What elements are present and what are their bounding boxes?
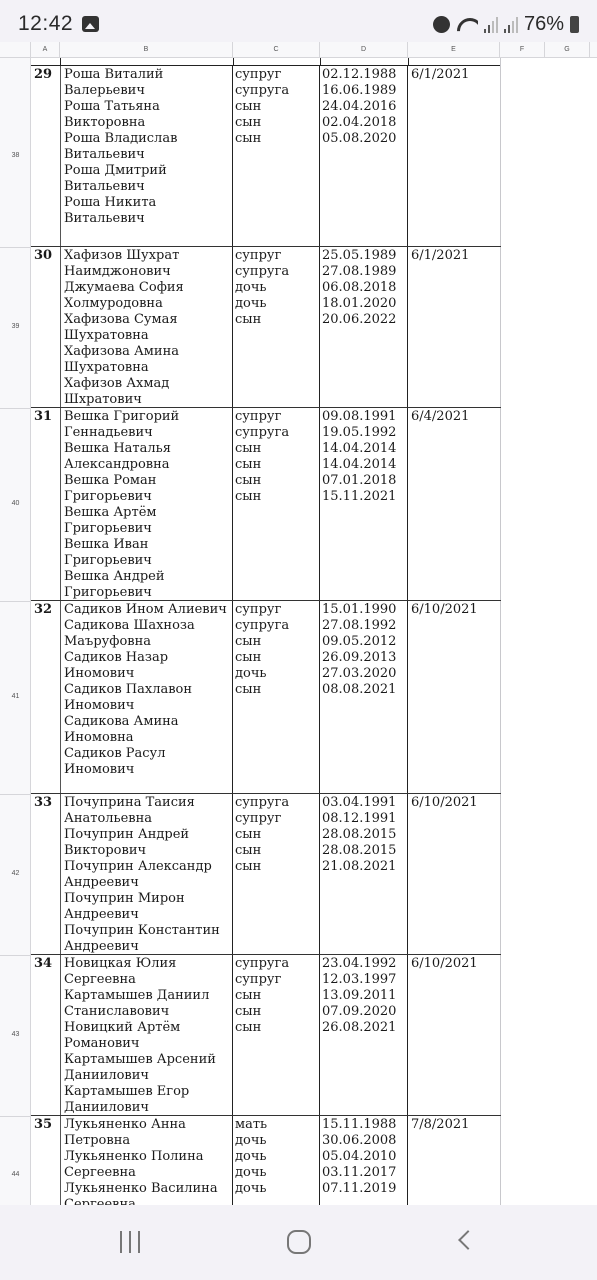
cell-number[interactable]: 30 xyxy=(31,247,60,407)
cell-birthdates[interactable]: 09.08.199119.05.199214.04.201414.04.2014… xyxy=(320,408,408,600)
row-number[interactable]: 44 xyxy=(0,1171,31,1178)
table-row[interactable]: 31Вешка ГригорийГеннадьевичВешка Наталья… xyxy=(31,408,501,601)
birthdate-text: 12.03.1997 xyxy=(322,972,407,988)
person-name-line: Вешка Роман xyxy=(64,473,232,489)
row-number[interactable]: 38 xyxy=(0,152,31,159)
cell-names[interactable]: Почуприна ТаисияАнатольевнаПочуприн Андр… xyxy=(60,794,233,954)
row-number[interactable]: 43 xyxy=(0,1031,31,1038)
signal-icon xyxy=(504,17,518,33)
birthdate-text: 16.06.1989 xyxy=(322,83,407,99)
table-row[interactable]: 33Почуприна ТаисияАнатольевнаПочуприн Ан… xyxy=(31,794,501,955)
birthdate-text: 27.03.2020 xyxy=(322,666,407,682)
birthdate-text: 25.05.1989 xyxy=(322,248,407,264)
person-name-line: Почуприн Александр xyxy=(64,859,232,875)
birthdate-text: 27.08.1992 xyxy=(322,618,407,634)
cell-date[interactable]: 6/10/2021 xyxy=(408,794,501,954)
relation-text: сын xyxy=(235,473,319,489)
person-name-line: Иномович xyxy=(64,666,232,682)
person-name-line: Роша Татьяна xyxy=(64,99,232,115)
relation-text: сын xyxy=(235,859,319,875)
person-name-line: Валерьевич xyxy=(64,83,232,99)
relation-text: супруг xyxy=(235,972,319,988)
relation-text: супруга xyxy=(235,618,319,634)
column-header-a[interactable]: A xyxy=(31,42,60,58)
birthdate-text: 28.08.2015 xyxy=(322,827,407,843)
person-name-line: Андреевич xyxy=(64,939,232,955)
person-name-line: Вешка Иван xyxy=(64,537,232,553)
gallery-icon xyxy=(82,16,99,32)
birthdate-text: 20.06.2022 xyxy=(322,312,407,328)
record-number: 32 xyxy=(34,602,60,618)
cell-relations[interactable]: супругсупругадочьдочьсын xyxy=(233,247,320,407)
relation-text: сын xyxy=(235,843,319,859)
cell-names[interactable]: Вешка ГригорийГеннадьевичВешка НатальяАл… xyxy=(60,408,233,600)
birthdate-text: 28.08.2015 xyxy=(322,843,407,859)
cell-names[interactable]: Роша ВиталийВалерьевичРоша ТатьянаВиктор… xyxy=(60,66,233,246)
record-number: 31 xyxy=(34,409,60,425)
person-name-line: Наимджонович xyxy=(64,264,232,280)
record-number: 34 xyxy=(34,956,60,972)
battery-icon xyxy=(570,16,579,33)
cell-birthdates[interactable]: 23.04.199212.03.199713.09.201107.09.2020… xyxy=(320,955,408,1115)
table-row[interactable]: 30Хафизов ШухратНаимджоновичДжумаева Соф… xyxy=(31,247,501,408)
person-name-line: Садикова Амина xyxy=(64,714,232,730)
person-name-line: Сергеевна xyxy=(64,1197,232,1205)
person-name-line: Викторович xyxy=(64,843,232,859)
back-button[interactable] xyxy=(458,1230,478,1250)
person-name-line: Садиков Ином Алиевич xyxy=(64,602,232,618)
person-name-line: Романович xyxy=(64,1036,232,1052)
relation-text: сын xyxy=(235,115,319,131)
alarm-icon xyxy=(433,16,450,33)
cell-relations[interactable]: супругасупругсынсынсын xyxy=(233,794,320,954)
registration-date: 6/1/2021 xyxy=(411,248,500,264)
cell-names[interactable]: Садиков Ином АлиевичСадикова ШахнозаМаър… xyxy=(60,601,233,793)
relation-text: дочь xyxy=(235,1165,319,1181)
relation-text: сын xyxy=(235,131,319,147)
spreadsheet[interactable]: A B C D E F G 29Роша ВиталийВалерьевичРо… xyxy=(0,42,597,1205)
person-name-line: Почуприн Мирон xyxy=(64,891,232,907)
person-name-line: Иномович xyxy=(64,698,232,714)
person-name-line: Вешка Андрей xyxy=(64,569,232,585)
person-name-line: Роша Никита xyxy=(64,195,232,211)
birthdate-text: 15.11.2021 xyxy=(322,489,407,505)
cell-date[interactable]: 6/1/2021 xyxy=(408,247,501,407)
person-name-line: Григорьевич xyxy=(64,521,232,537)
relation-text: сын xyxy=(235,441,319,457)
person-name-line: Григорьевич xyxy=(64,585,232,601)
person-name-line: Григорьевич xyxy=(64,489,232,505)
birthdate-text: 05.08.2020 xyxy=(322,131,407,147)
column-header-c[interactable]: C xyxy=(233,42,320,58)
relation-text: супруга xyxy=(235,956,319,972)
relation-text: супруг xyxy=(235,248,319,264)
row-number[interactable]: 41 xyxy=(0,693,31,700)
row-divider xyxy=(0,601,31,602)
birthdate-text: 03.04.1991 xyxy=(322,795,407,811)
relation-text: сын xyxy=(235,99,319,115)
relation-text: супруга xyxy=(235,795,319,811)
cell-names[interactable]: Новицкая ЮлияСергеевнаКартамышев ДаниилС… xyxy=(60,955,233,1115)
table-row[interactable]: 35Лукьяненко АннаПетровнаЛукьяненко Поли… xyxy=(31,1116,501,1205)
person-name-line: Витальевич xyxy=(64,211,232,227)
birthdate-text: 26.08.2021 xyxy=(322,1020,407,1036)
person-name-line: Шухратовна xyxy=(64,360,232,376)
person-name-line: Вешка Наталья xyxy=(64,441,232,457)
birthdate-text: 08.08.2021 xyxy=(322,682,407,698)
person-name-line: Роша Виталий xyxy=(64,67,232,83)
relation-text: сын xyxy=(235,489,319,505)
row-number[interactable]: 39 xyxy=(0,323,31,330)
person-name-line: Анатольевна xyxy=(64,811,232,827)
person-name-line: Новицкая Юлия xyxy=(64,956,232,972)
cell-birthdates[interactable]: 15.01.199027.08.199209.05.201226.09.2013… xyxy=(320,601,408,793)
birthdate-text: 13.09.2011 xyxy=(322,988,407,1004)
row-divider xyxy=(0,247,31,248)
birthdate-text: 15.11.1988 xyxy=(322,1117,407,1133)
relation-text: сын xyxy=(235,312,319,328)
person-name-line: Садиков Назар xyxy=(64,650,232,666)
table-row[interactable]: 29Роша ВиталийВалерьевичРоша ТатьянаВикт… xyxy=(31,66,501,247)
record-number: 33 xyxy=(34,795,60,811)
cell-birthdates[interactable]: 03.04.199108.12.199128.08.201528.08.2015… xyxy=(320,794,408,954)
record-number: 35 xyxy=(34,1117,60,1133)
relation-text: супруг xyxy=(235,409,319,425)
birthdate-text: 14.04.2014 xyxy=(322,441,407,457)
birthdate-text: 06.08.2018 xyxy=(322,280,407,296)
row-divider xyxy=(0,794,31,795)
cell-relations[interactable]: матьдочьдочьдочьдочь xyxy=(233,1116,320,1205)
registration-date: 6/1/2021 xyxy=(411,67,500,83)
person-name-line: Викторовна xyxy=(64,115,232,131)
person-name-line: Садиков Пахлавон xyxy=(64,682,232,698)
navigation-bar xyxy=(0,1205,597,1280)
table-row[interactable]: 34Новицкая ЮлияСергеевнаКартамышев Дании… xyxy=(31,955,501,1116)
person-name-line: Роша Владислав xyxy=(64,131,232,147)
birthdate-text: 21.08.2021 xyxy=(322,859,407,875)
person-name-line: Хафизова Сумая xyxy=(64,312,232,328)
registration-date: 6/10/2021 xyxy=(411,795,500,811)
signal-icon xyxy=(484,17,498,33)
clock: 12:42 xyxy=(18,12,73,36)
cell-date[interactable]: 6/10/2021 xyxy=(408,601,501,793)
column-header-g[interactable]: G xyxy=(545,42,590,58)
birthdate-text: 02.04.2018 xyxy=(322,115,407,131)
row-number[interactable]: 40 xyxy=(0,500,31,507)
birthdate-text: 05.04.2010 xyxy=(322,1149,407,1165)
cell-number[interactable]: 32 xyxy=(31,601,60,793)
relation-text: супруга xyxy=(235,264,319,280)
person-name-line: Хафизов Ахмад xyxy=(64,376,232,392)
person-name-line: Новицкий Артём xyxy=(64,1020,232,1036)
birthdate-text: 30.06.2008 xyxy=(322,1133,407,1149)
person-name-line: Сергеевна xyxy=(64,1165,232,1181)
relation-text: дочь xyxy=(235,1133,319,1149)
person-name-line: Иномович xyxy=(64,762,232,778)
birthdate-text: 19.05.1992 xyxy=(322,425,407,441)
person-name-line: Почуприна Таисия xyxy=(64,795,232,811)
relation-text: дочь xyxy=(235,296,319,312)
cell-number[interactable]: 35 xyxy=(31,1116,60,1205)
person-name-line: Хафизова Амина xyxy=(64,344,232,360)
cell-number[interactable]: 29 xyxy=(31,66,60,246)
person-name-line: Даниилович xyxy=(64,1100,232,1116)
person-name-line: Иномовна xyxy=(64,730,232,746)
row-number[interactable]: 42 xyxy=(0,870,31,877)
cell-birthdates[interactable]: 02.12.198816.06.198924.04.201602.04.2018… xyxy=(320,66,408,246)
person-name-line: Вешка Артём xyxy=(64,505,232,521)
registration-date: 7/8/2021 xyxy=(411,1117,500,1133)
wifi-icon xyxy=(456,16,478,33)
person-name-line: Картамышев Арсений xyxy=(64,1052,232,1068)
relation-text: дочь xyxy=(235,666,319,682)
birthdate-text: 24.04.2016 xyxy=(322,99,407,115)
birthdate-text: 07.01.2018 xyxy=(322,473,407,489)
birthdate-text: 18.01.2020 xyxy=(322,296,407,312)
person-name-line: Шхратович xyxy=(64,392,232,408)
birthdate-text: 26.09.2013 xyxy=(322,650,407,666)
person-name-line: Маъруфовна xyxy=(64,634,232,650)
birthdate-text: 07.11.2019 xyxy=(322,1181,407,1197)
relation-text: супруга xyxy=(235,83,319,99)
cell-birthdates[interactable]: 15.11.198830.06.200805.04.201003.11.2017… xyxy=(320,1116,408,1205)
person-name-line: Картамышев Егор xyxy=(64,1084,232,1100)
relation-text: дочь xyxy=(235,280,319,296)
cell-date[interactable]: 6/4/2021 xyxy=(408,408,501,600)
previous-row-tail xyxy=(31,58,501,66)
person-name-line: Картамышев Даниил xyxy=(64,988,232,1004)
cell-relations[interactable]: супругсупругасынсындочьсын xyxy=(233,601,320,793)
cell-date[interactable]: 6/1/2021 xyxy=(408,66,501,246)
relation-text: супруг xyxy=(235,602,319,618)
birthdate-text: 14.04.2014 xyxy=(322,457,407,473)
birthdate-text: 09.05.2012 xyxy=(322,634,407,650)
birthdate-text: 15.01.1990 xyxy=(322,602,407,618)
cell-names[interactable]: Лукьяненко АннаПетровнаЛукьяненко Полина… xyxy=(60,1116,233,1205)
person-name-line: Андреевич xyxy=(64,875,232,891)
record-number: 30 xyxy=(34,248,60,264)
person-name-line: Джумаева София xyxy=(64,280,232,296)
cell-relations[interactable]: супругсупругасынсынсынсын xyxy=(233,408,320,600)
person-name-line: Вешка Григорий xyxy=(64,409,232,425)
person-name-line: Роша Дмитрий xyxy=(64,163,232,179)
status-icons: 76% xyxy=(433,13,579,36)
person-name-line: Станиславович xyxy=(64,1004,232,1020)
person-name-line: Лукьяненко Анна xyxy=(64,1117,232,1133)
table-row[interactable]: 32Садиков Ином АлиевичСадикова ШахнозаМа… xyxy=(31,601,501,794)
home-button[interactable] xyxy=(287,1230,311,1254)
person-name-line: Садиков Расул xyxy=(64,746,232,762)
battery-percent: 76% xyxy=(524,13,564,36)
person-name-line: Холмуродовна xyxy=(64,296,232,312)
relation-text: сын xyxy=(235,827,319,843)
person-name-line: Лукьяненко Василина xyxy=(64,1181,232,1197)
person-name-line: Садикова Шахноза xyxy=(64,618,232,634)
relation-text: сын xyxy=(235,634,319,650)
relation-text: сын xyxy=(235,1004,319,1020)
person-name-line: Шухратовна xyxy=(64,328,232,344)
birthdate-text: 03.11.2017 xyxy=(322,1165,407,1181)
relation-text: сын xyxy=(235,682,319,698)
relation-text: сын xyxy=(235,1020,319,1036)
row-divider xyxy=(0,408,31,409)
relation-text: дочь xyxy=(235,1181,319,1197)
person-name-line: Геннадьевич xyxy=(64,425,232,441)
registration-date: 6/10/2021 xyxy=(411,602,500,618)
registration-date: 6/10/2021 xyxy=(411,956,500,972)
row-divider xyxy=(0,955,31,956)
relation-text: дочь xyxy=(235,1149,319,1165)
cell-birthdates[interactable]: 25.05.198927.08.198906.08.201818.01.2020… xyxy=(320,247,408,407)
select-all-corner[interactable] xyxy=(0,42,31,58)
person-name-line: Витальевич xyxy=(64,179,232,195)
person-name-line: Почуприн Андрей xyxy=(64,827,232,843)
person-name-line: Григорьевич xyxy=(64,553,232,569)
cell-date[interactable]: 7/8/2021 xyxy=(408,1116,501,1205)
cell-number[interactable]: 33 xyxy=(31,794,60,954)
column-header-d[interactable]: D xyxy=(320,42,408,58)
status-bar: 12:42 76% xyxy=(0,0,597,42)
birthdate-text: 23.04.1992 xyxy=(322,956,407,972)
relation-text: супруг xyxy=(235,67,319,83)
registration-date: 6/4/2021 xyxy=(411,409,500,425)
person-name-line: Хафизов Шухрат xyxy=(64,248,232,264)
person-name-line: Сергеевна xyxy=(64,972,232,988)
birthdate-text: 02.12.1988 xyxy=(322,67,407,83)
cell-date[interactable]: 6/10/2021 xyxy=(408,955,501,1115)
cell-names[interactable]: Хафизов ШухратНаимджоновичДжумаева София… xyxy=(60,247,233,407)
person-name-line: Лукьяненко Полина xyxy=(64,1149,232,1165)
record-number: 29 xyxy=(34,67,60,83)
birthdate-text: 08.12.1991 xyxy=(322,811,407,827)
birthdate-text: 27.08.1989 xyxy=(322,264,407,280)
birthdate-text: 09.08.1991 xyxy=(322,409,407,425)
cell-number[interactable]: 31 xyxy=(31,408,60,600)
relation-text: сын xyxy=(235,457,319,473)
row-divider xyxy=(0,1116,31,1117)
column-header-f[interactable]: F xyxy=(500,42,545,58)
cell-relations[interactable]: супругасупругсынсынсын xyxy=(233,955,320,1115)
column-header-bar: A B C D E F G xyxy=(0,42,597,58)
column-header-e[interactable]: E xyxy=(408,42,500,58)
column-header-b[interactable]: B xyxy=(60,42,233,58)
relation-text: сын xyxy=(235,988,319,1004)
relation-text: сын xyxy=(235,650,319,666)
relation-text: супруг xyxy=(235,811,319,827)
recent-apps-button[interactable] xyxy=(120,1231,140,1253)
person-name-line: Александровна xyxy=(64,457,232,473)
birthdate-text: 07.09.2020 xyxy=(322,1004,407,1020)
relation-text: мать xyxy=(235,1117,319,1133)
person-name-line: Витальевич xyxy=(64,147,232,163)
person-name-line: Петровна xyxy=(64,1133,232,1149)
person-name-line: Почуприн Константин xyxy=(64,923,232,939)
person-name-line: Даниилович xyxy=(64,1068,232,1084)
relation-text: супруга xyxy=(235,425,319,441)
person-name-line: Андреевич xyxy=(64,907,232,923)
cell-number[interactable]: 34 xyxy=(31,955,60,1115)
cell-relations[interactable]: супругсупругасынсынсын xyxy=(233,66,320,246)
